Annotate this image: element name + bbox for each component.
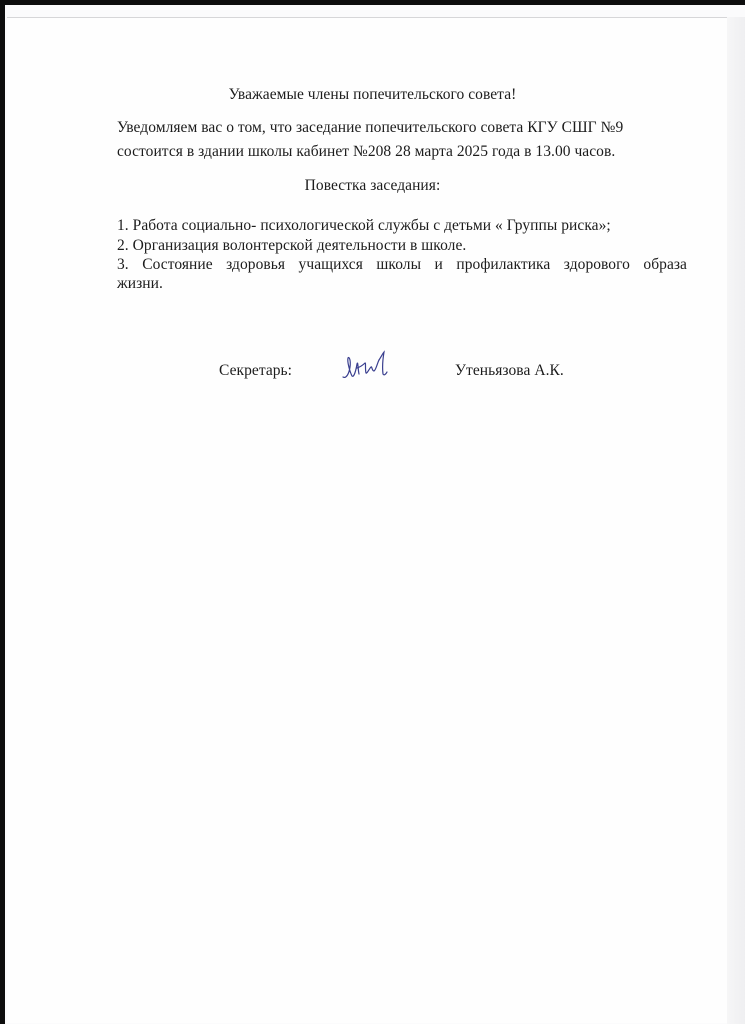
secretary-name: Утеньязова А.К.: [455, 362, 564, 380]
agenda-title: Повестка заседания:: [0, 177, 745, 195]
scanned-document: Уважаемые члены попечительского совета! …: [0, 0, 745, 1024]
notice-line-1: Уведомляем вас о том, что заседание попе…: [117, 119, 623, 137]
agenda-item-3: 3. Состояние здоровья учащихся школы и п…: [117, 256, 687, 274]
greeting-heading: Уважаемые члены попечительского совета!: [0, 86, 745, 104]
secretary-label: Секретарь:: [219, 362, 292, 380]
agenda-item-3-continuation: жизни.: [117, 275, 687, 293]
signature-icon: [337, 350, 395, 382]
agenda-item-1: 1. Работа социально- психологической слу…: [117, 217, 687, 235]
agenda-item-2: 2. Организация волонтерской деятельности…: [117, 237, 687, 255]
paper-edge: [7, 17, 728, 1023]
notice-line-2: состоится в здании школы кабинет №208 28…: [117, 143, 615, 161]
scan-shadow: [727, 17, 745, 1024]
